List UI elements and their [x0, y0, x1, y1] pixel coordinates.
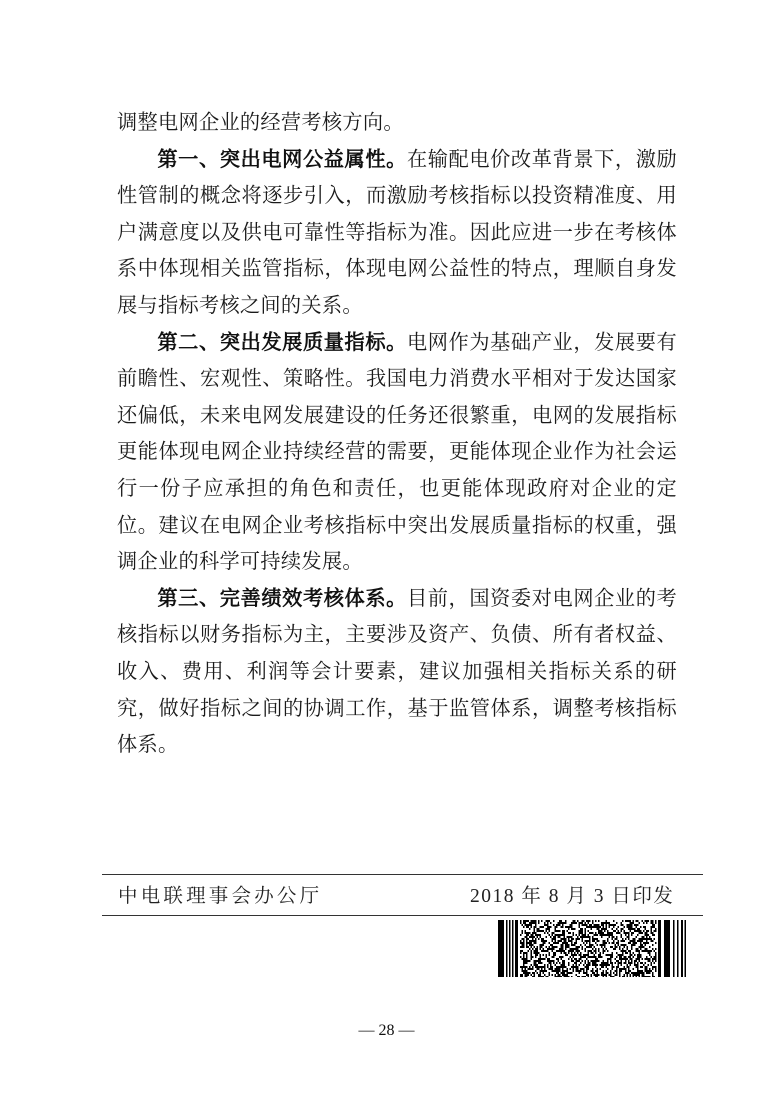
paragraph-lead-heading: 第三、完善绩效考核体系。 [157, 586, 407, 610]
document-page: 调整电网企业的经营考核方向。 第一、突出电网公益属性。在输配电价改革背景下，激励… [0, 0, 773, 1094]
paragraph-lead-heading: 第一、突出电网公益属性。 [157, 147, 407, 171]
page-number: — 28 — [0, 1022, 773, 1040]
document-body: 调整电网企业的经营考核方向。 第一、突出电网公益属性。在输配电价改革背景下，激励… [117, 104, 677, 763]
paragraph-text: 目前，国资委对电网企业的考核指标以财务指标为主，主要涉及资产、负债、所有者权益、… [117, 586, 677, 756]
paragraph-text: 在输配电价改革背景下，激励性管制的概念将逐步引入，而激励考核指标以投资精准度、用… [117, 147, 677, 317]
pdf417-barcode-icon [498, 920, 686, 977]
issue-date: 2018 年 8 月 3 日印发 [470, 880, 674, 908]
issuer-name: 中电联理事会办公厅 [118, 880, 322, 908]
paragraph-lead-heading: 第二、突出发展质量指标。 [157, 330, 407, 354]
footer-top-rule [102, 874, 703, 875]
paragraph-text: 电网作为基础产业，发展要有前瞻性、宏观性、策略性。我国电力消费水平相对于发达国家… [117, 330, 677, 574]
paragraph-first-point: 第一、突出电网公益属性。在输配电价改革背景下，激励性管制的概念将逐步引入，而激励… [117, 141, 677, 324]
footer-bottom-rule [102, 915, 703, 916]
paragraph-second-point: 第二、突出发展质量指标。电网作为基础产业，发展要有前瞻性、宏观性、策略性。我国电… [117, 324, 677, 580]
paragraph-third-point: 第三、完善绩效考核体系。目前，国资委对电网企业的考核指标以财务指标为主，主要涉及… [117, 580, 677, 763]
paragraph-intro-continuation: 调整电网企业的经营考核方向。 [117, 104, 677, 141]
paragraph-text: 调整电网企业的经营考核方向。 [117, 110, 404, 134]
